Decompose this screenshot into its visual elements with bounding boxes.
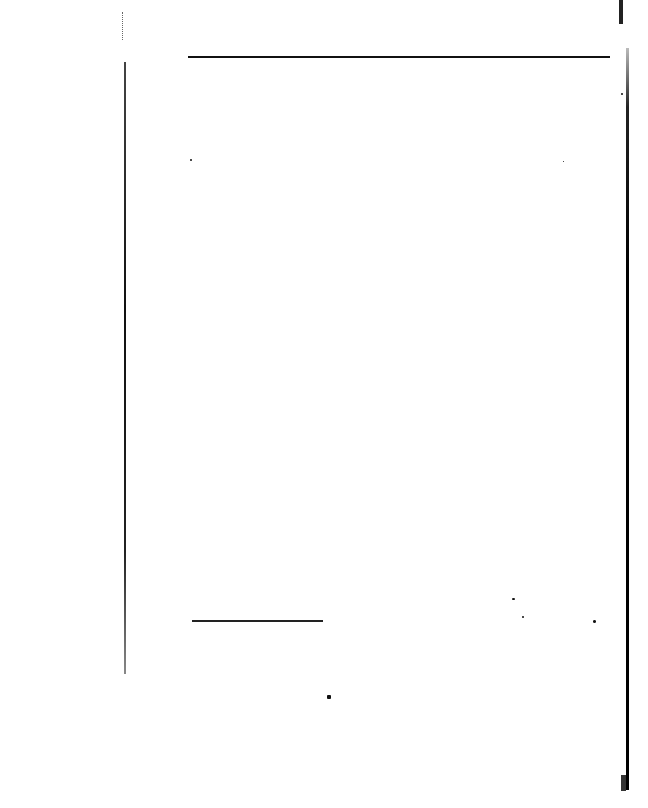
scan-speck [327, 695, 331, 699]
binding-edge-marks [122, 12, 124, 40]
right-page-edge [626, 48, 629, 790]
scan-speck [190, 159, 192, 161]
footnote-rule [192, 620, 323, 622]
right-edge-mark [619, 0, 623, 24]
right-edge-mark [621, 775, 626, 791]
scan-speck [522, 616, 524, 618]
scan-speck [512, 598, 515, 600]
scan-speck [563, 161, 564, 162]
scanned-page [0, 0, 648, 808]
scan-speck [593, 620, 596, 623]
header-rule [188, 56, 610, 58]
left-page-edge [124, 62, 126, 674]
scan-speck [621, 93, 623, 95]
